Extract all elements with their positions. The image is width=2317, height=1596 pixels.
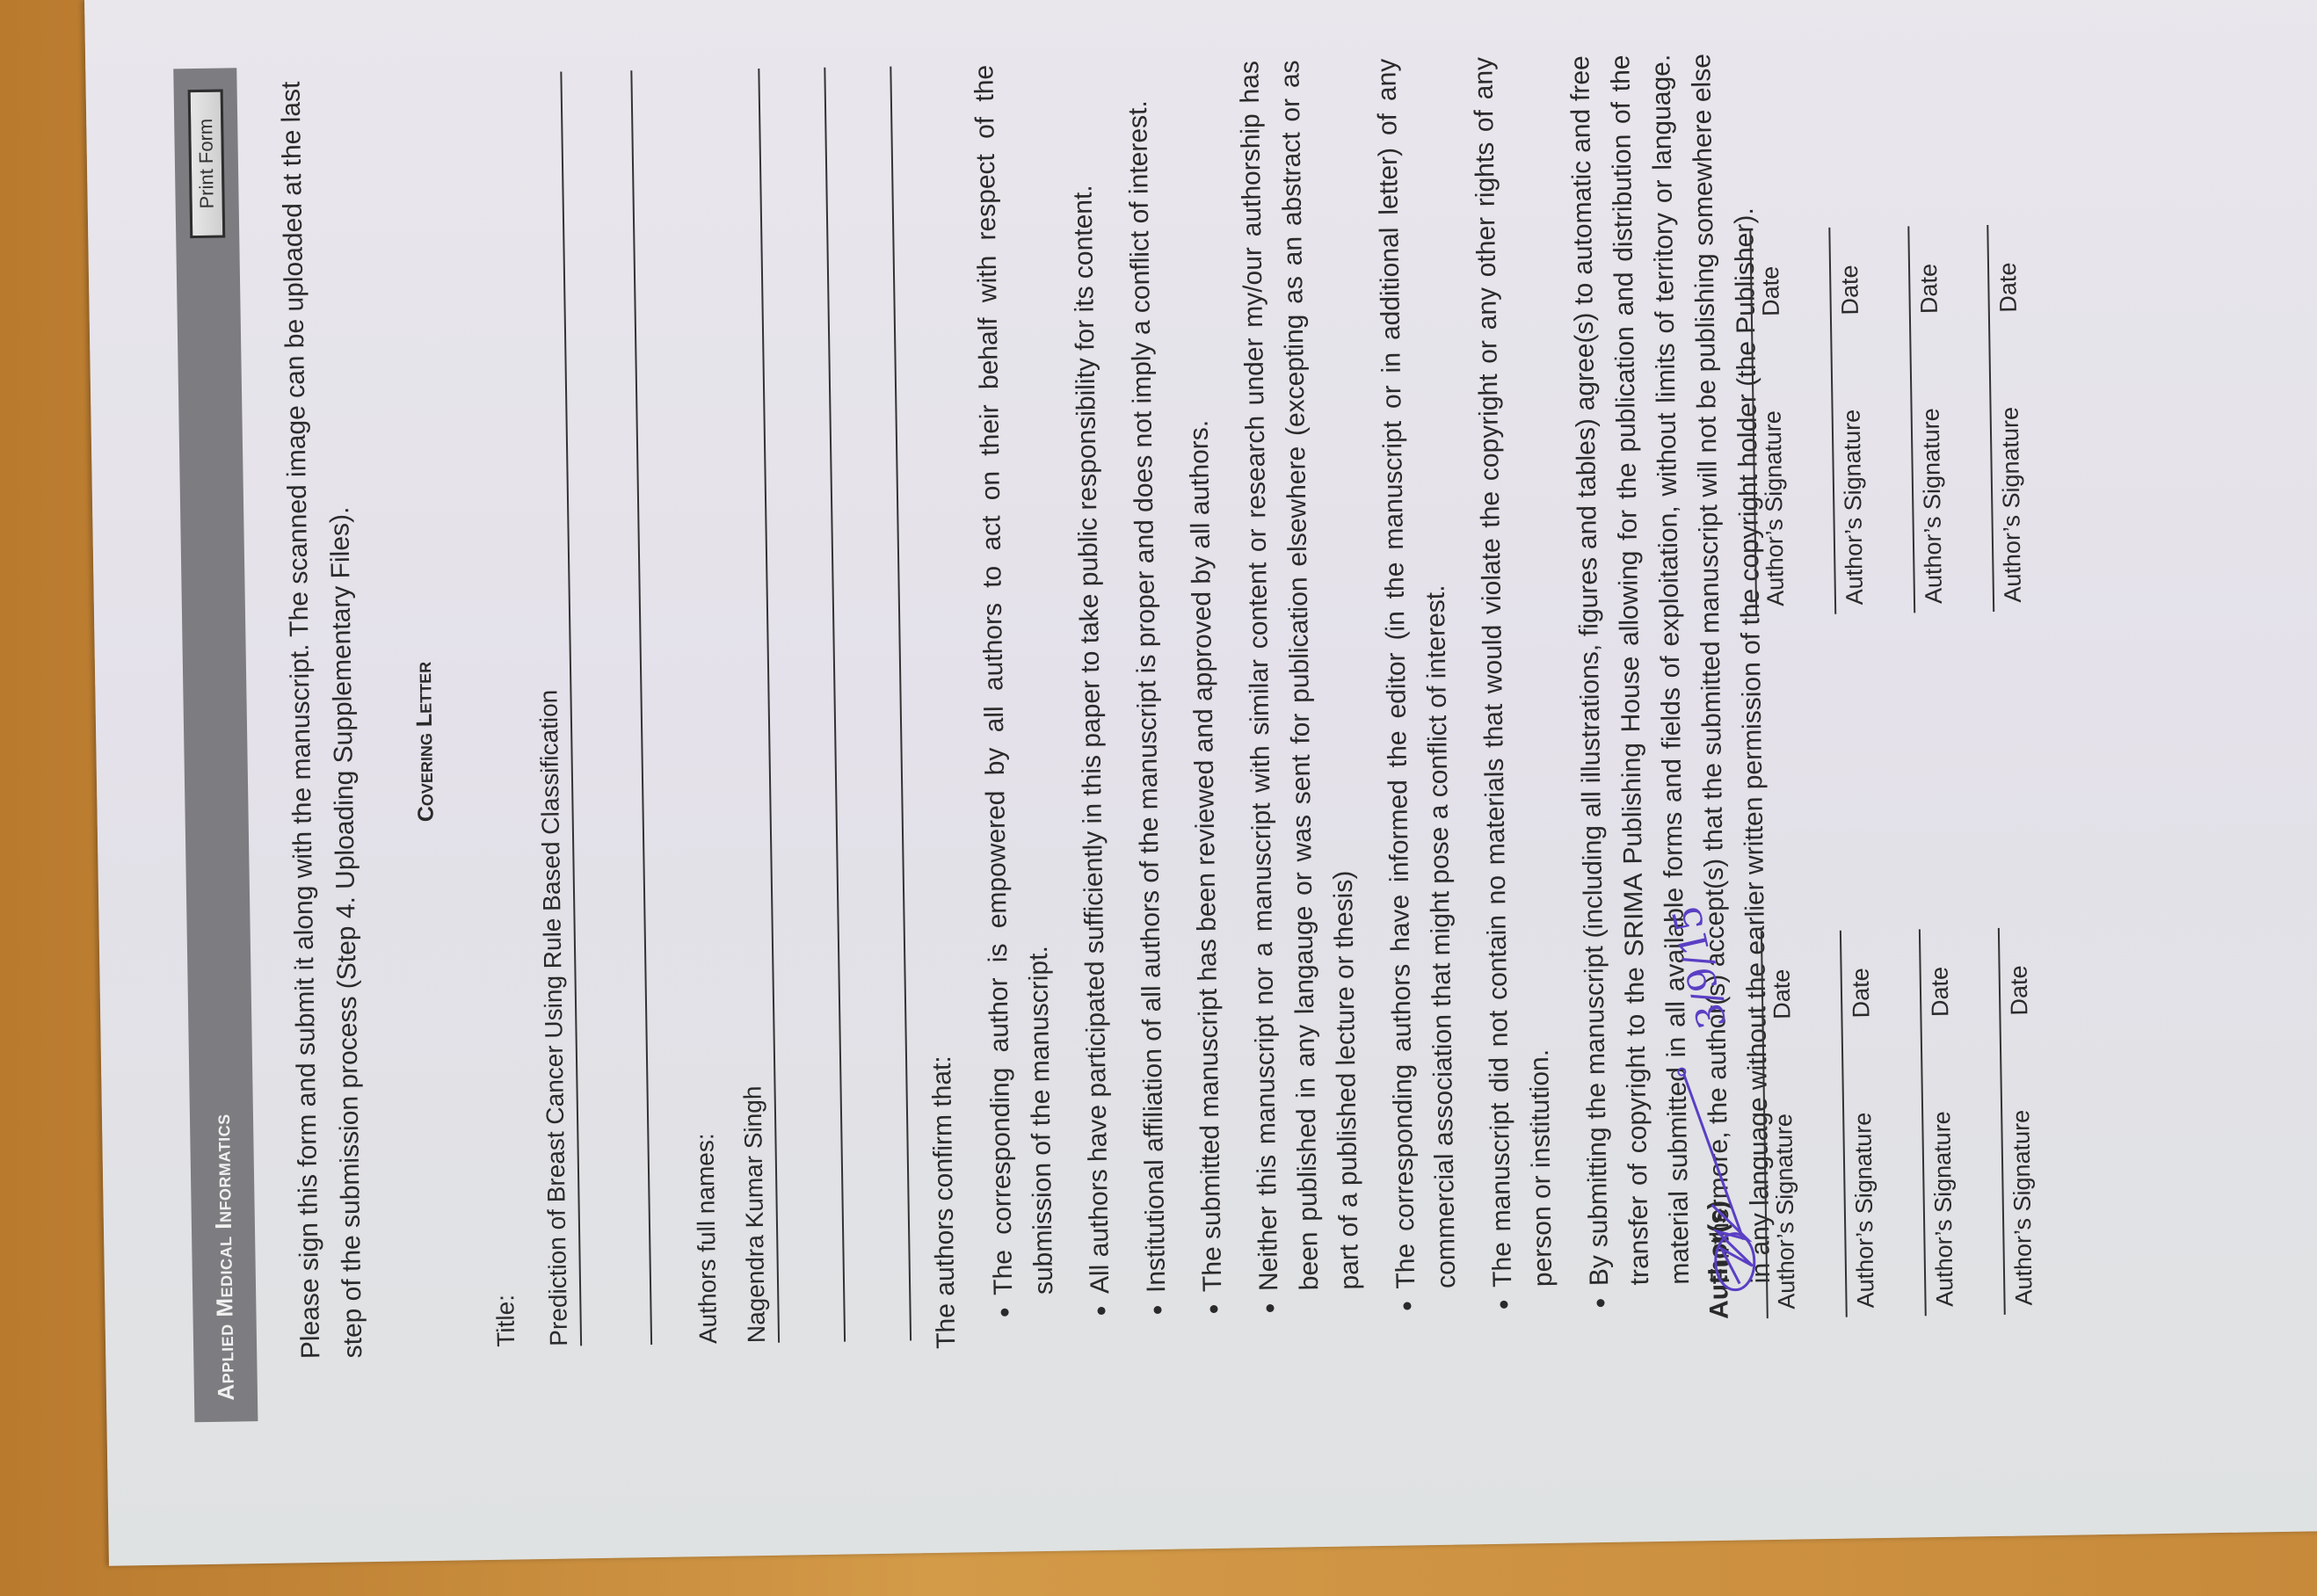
confirmation-item: All authors have participated sufficient…: [1061, 63, 1121, 1295]
signature-label: Author’s Signature: [1760, 410, 1790, 606]
signature-block[interactable]: Author’s Signature Date: [1907, 226, 1966, 613]
signature-label: Author’s Signature: [2008, 1110, 2037, 1306]
signature-block[interactable]: Author’s Signature Date: [1987, 224, 2045, 612]
confirmation-item: Institutional affiliation of all authors…: [1117, 62, 1177, 1294]
signature-block[interactable]: Author’s Signature Date: [1761, 931, 1819, 1318]
signature-label: Author’s Signature: [1849, 1112, 1879, 1308]
paper-sheet: Applied Medical Informatics Print Form P…: [84, 0, 2317, 1566]
date-label: Date: [1848, 968, 1876, 1019]
title-value[interactable]: Prediction of Breast Cancer Using Rule B…: [534, 690, 573, 1346]
signature-line: [1998, 928, 2006, 1315]
date-label: Date: [1994, 262, 2023, 313]
title-line-2: [630, 70, 652, 1345]
title-label: Title:: [491, 1295, 520, 1347]
authors-line-2: [824, 68, 846, 1342]
signature-block[interactable]: Author’s Signature Date: [1998, 927, 2057, 1315]
signature-line: [1919, 929, 1927, 1316]
handwritten-signature: [1666, 1055, 1766, 1302]
signature-block[interactable]: Author’s Signature Date: [1919, 928, 1978, 1316]
signature-label: Author’s Signature: [1918, 408, 1948, 604]
signature-label: Author’s Signature: [1997, 407, 2027, 603]
signature-block[interactable]: Author’s Signature Date: [1828, 227, 1887, 614]
journal-name: Applied Medical Informatics: [207, 1114, 239, 1401]
signature-row: Author’s Signature Date Author’s Signatu…: [1905, 50, 1978, 1317]
authors-value[interactable]: Nagendra Kumar Singh: [739, 1085, 772, 1343]
form-heading: Covering Letter: [401, 0, 450, 1489]
signature-line: [1987, 225, 1994, 612]
signature-row: Author’s Signature Date Author’s Signatu…: [1747, 52, 1819, 1318]
date-label: Date: [1915, 264, 1943, 315]
date-label: Date: [1927, 967, 1955, 1018]
header-bar: Applied Medical Informatics Print Form: [173, 68, 258, 1422]
instructions-text: Please sign this form and submit it alon…: [270, 75, 374, 1359]
date-label: Date: [1769, 969, 1797, 1020]
date-label: Date: [1836, 265, 1864, 316]
signature-block[interactable]: Author’s Signature Date: [1840, 930, 1899, 1317]
signature-row: Author’s Signature Date Author’s Signatu…: [1826, 51, 1899, 1317]
confirmation-intro: The authors confirm that:: [912, 66, 962, 1349]
confirmation-section: The authors confirm that: The correspond…: [912, 53, 1798, 1349]
confirmation-list: The corresponding author is empowered by…: [964, 53, 1783, 1348]
authors-line-3: [890, 67, 912, 1341]
confirmation-item: The corresponding author is empowered by…: [964, 64, 1064, 1295]
signature-line: [1907, 226, 1915, 613]
confirmation-item: The submitted manuscript has been review…: [1173, 62, 1233, 1293]
signature-line: [1840, 931, 1848, 1317]
signature-line: [1828, 228, 1836, 614]
date-label: Date: [1757, 266, 1785, 317]
print-form-button[interactable]: Print Form: [188, 90, 226, 238]
authors-label: Authors full names:: [691, 1133, 723, 1344]
signature-label: Author’s Signature: [1839, 410, 1869, 606]
signature-row: Author’s Signature Date Author’s Signatu…: [1984, 48, 2057, 1315]
signature-block[interactable]: Author’s Signature Date: [1749, 228, 1808, 615]
confirmation-item: The manuscript did not contain no materi…: [1464, 56, 1564, 1288]
confirmation-item: Neither this manuscript nor a manuscript…: [1230, 59, 1370, 1291]
covering-letter-page: Applied Medical Informatics Print Form P…: [137, 0, 2317, 1493]
date-label: Date: [2006, 965, 2034, 1016]
confirmation-item: The corresponding authors have informed …: [1367, 58, 1467, 1289]
signature-label: Author’s Signature: [1770, 1114, 1800, 1309]
signature-label: Author’s Signature: [1928, 1111, 1958, 1307]
